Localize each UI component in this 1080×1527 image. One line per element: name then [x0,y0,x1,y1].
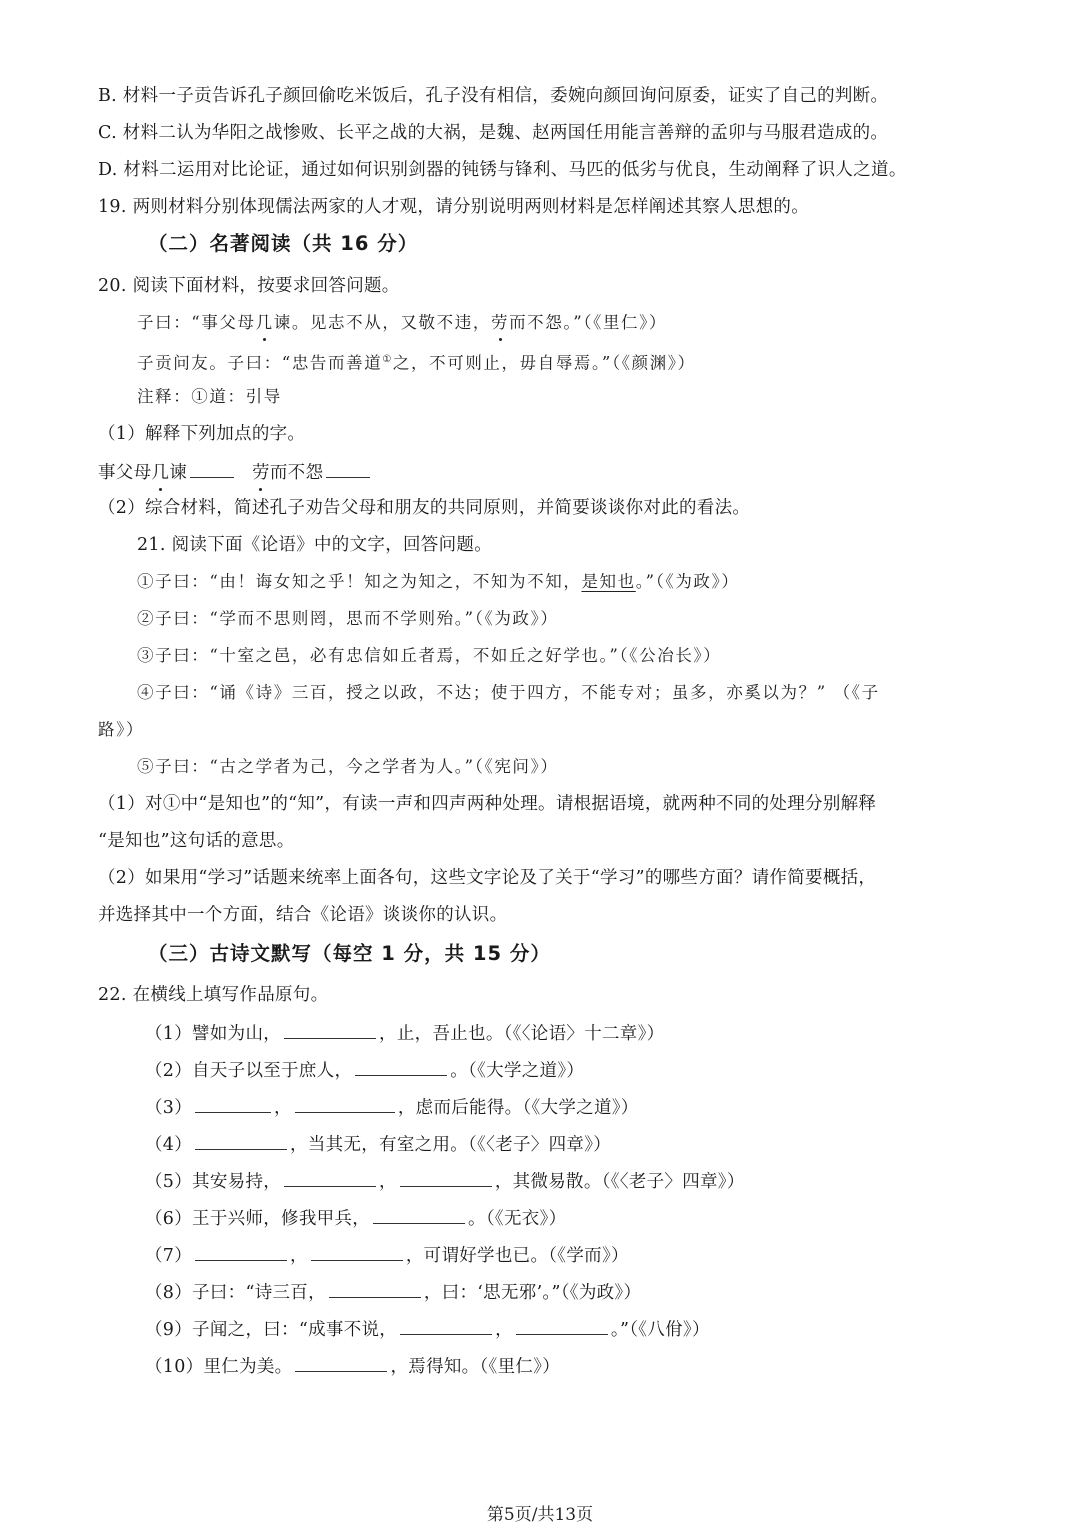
q21-quote-4-cont: 路》） [98,718,144,742]
answer-blank[interactable] [195,1242,287,1261]
q21-sub2-line1: （2）如果用“学习”话题来统率上面各句，这些文字论及了关于“学习”的哪些方面？请… [98,866,876,890]
answer-blank[interactable] [284,1168,376,1187]
q22-item-3: （3），，虑而后能得。（《大学之道》） [145,1094,639,1120]
q22-item-8: （8）子曰：“诗三百，，曰：‘思无邪’。”（《为政》） [145,1279,641,1305]
answer-blank[interactable] [311,1242,403,1261]
page-number: 第5页/共13页 [0,1500,1080,1525]
option-c: C. 材料二认为华阳之战惨败、长平之战的大祸，是魏、赵两国任用能言善辩的孟卯与马… [98,121,888,145]
option-d: D. 材料二运用对比论证，通过如何识别剑器的钝锈与锋利、马匹的低劣与优良，生动阐… [98,158,907,182]
q21-quote-4: ④子曰：“诵《诗》三百，授之以政，不达；使于四方，不能专对；虽多，亦奚以为？” … [137,681,880,705]
question-20-prompt: 20. 阅读下面材料，按要求回答问题。 [98,274,400,298]
q20-sub2: （2）综合材料，简述孔子劝告父母和朋友的共同原则，并简要谈谈你对此的看法。 [98,496,750,520]
section-heading-2: （二）名著阅读（共 16 分） [148,231,418,257]
q22-item-4: （4），当其无，有室之用。（《〈老子〉四章》） [145,1131,611,1157]
q20-sub1: （1）解释下列加点的字。 [98,422,305,446]
q22-item-6: （6）王于兴师，修我甲兵，。（《无衣》） [145,1205,566,1231]
answer-blank[interactable] [295,1094,395,1113]
answer-blank[interactable] [195,1094,271,1113]
q21-quote-2: ②子曰：“学而不思则罔，思而不学则殆。”（《为政》） [137,607,558,631]
question-21-prompt: 21. 阅读下面《论语》中的文字，回答问题。 [137,533,492,557]
q21-sub2-line2: 并选择其中一个方面，结合《论语》谈谈你的认识。 [98,903,507,927]
q22-item-2: （2）自天子以至于庶人，。（《大学之道》） [145,1057,584,1083]
answer-blank[interactable] [326,459,370,478]
answer-blank[interactable] [295,1353,387,1372]
answer-blank[interactable] [400,1316,492,1335]
q21-quote-3: ③子曰：“十室之邑，必有忠信如丘者焉，不如丘之好学也。”（《公冶长》） [137,644,721,668]
question-22-prompt: 22. 在横线上填写作品原句。 [98,983,328,1007]
emphasis-dot-char: 几 [256,311,274,335]
q21-quote-1: ①子曰：“由！诲女知之乎！知之为知之，不知为不知，是知也。”（《为政》） [137,570,740,594]
answer-blank[interactable] [190,459,234,478]
q20-quote-2: 子贡问友。子曰：“忠告而善道①之，不可则止，毋自辱焉。”（《颜渊》） [137,348,696,376]
q21-sub1-line1: （1）对①中“是知也”的“知”，有读一声和四声两种处理。请根据语境，就两种不同的… [98,792,876,816]
q22-item-9: （9）子闻之，曰：“成事不说，，。”（《八佾》） [145,1316,710,1342]
section-heading-3: （三）古诗文默写（每空 1 分，共 15 分） [148,941,551,967]
footnote-marker: ① [382,354,393,365]
q20-sub1-items: 事父母几谏劳而不怨 [98,459,373,485]
answer-blank[interactable] [400,1168,492,1187]
q21-sub1-line2: “是知也”这句话的意思。 [98,829,295,853]
q22-item-10: （10）里仁为美。，焉得知。（《里仁》） [145,1353,560,1379]
answer-blank[interactable] [355,1057,447,1076]
q20-quote-1: 子曰：“事父母几谏。见志不从，又敬不违，劳而不怨。”（《里仁》） [137,311,667,335]
answer-blank[interactable] [373,1205,465,1224]
answer-blank[interactable] [195,1131,287,1150]
answer-blank[interactable] [516,1316,608,1335]
underlined-phrase: 是知也 [581,572,635,591]
q20-note: 注释：①道：引导 [137,385,282,409]
question-19: 19. 两则材料分别体现儒法两家的人才观，请分别说明两则材料是怎样阐述其察人思想… [98,195,809,219]
q22-item-5: （5）其安易持，，，其微易散。（《〈老子〉四章》） [145,1168,745,1194]
q22-item-1: （1）譬如为山，，止，吾止也。（《〈论语〉十二章》） [145,1020,664,1046]
answer-blank[interactable] [284,1020,376,1039]
q21-quote-5: ⑤子曰：“古之学者为己，今之学者为人。”（《宪问》） [137,755,558,779]
option-b: B. 材料一子贡告诉孔子颜回偷吃米饭后，孔子没有相信，委婉向颜回询问原委，证实了… [98,84,888,108]
emphasis-dot-char: 劳 [491,311,509,335]
q22-item-7: （7），，可谓好学也已。（《学而》） [145,1242,629,1268]
answer-blank[interactable] [329,1279,421,1298]
